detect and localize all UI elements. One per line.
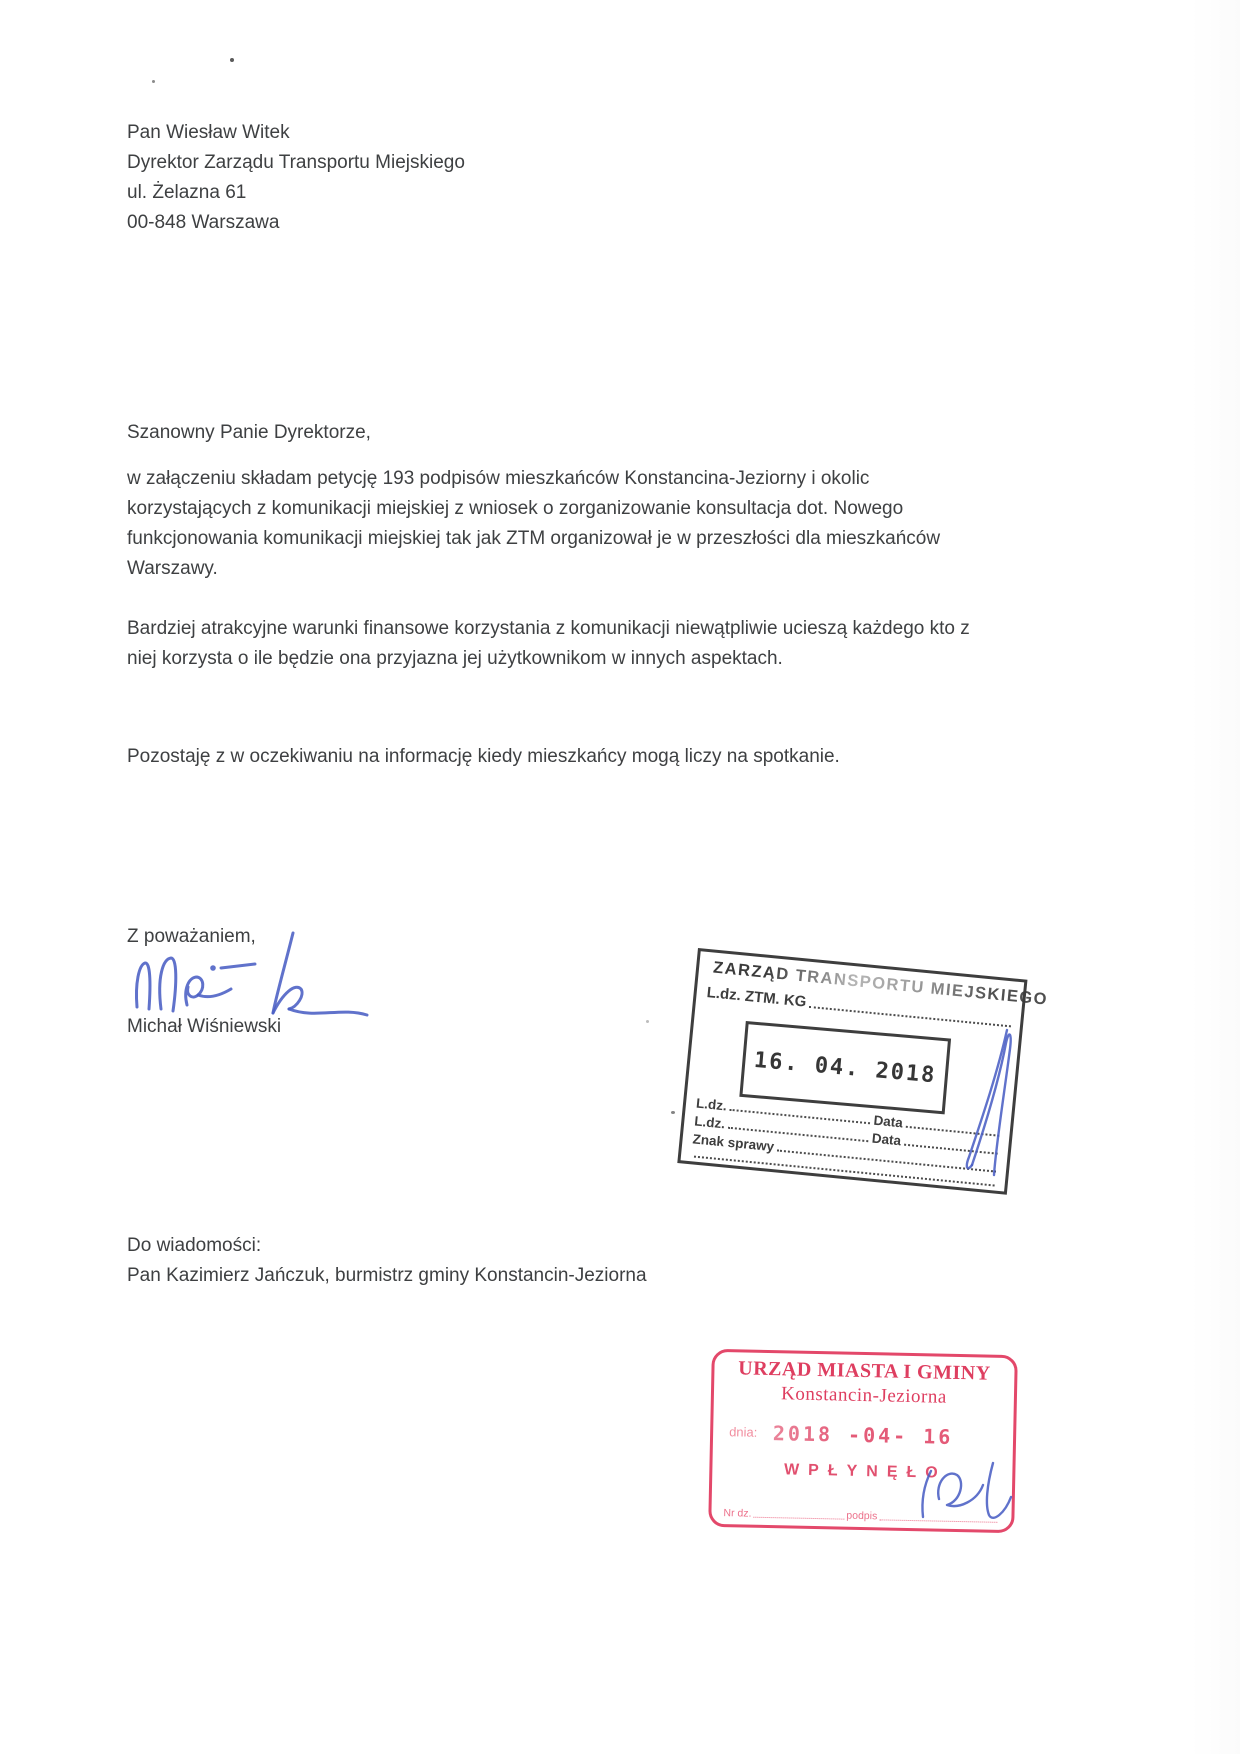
paraph-ink [915,1455,1025,1535]
city-stamp-title: URZĄD MIASTA I GMINY [714,1357,1014,1386]
paragraph-line: niej korzysta o ile będzie ona przyjazna… [127,644,970,674]
city-stamp-date-row: dnia: 2018 -04- 16 [713,1420,1013,1450]
paraph-ink [955,1015,1025,1190]
ztm-data-label: Data [871,1131,902,1149]
paragraph-line: w załączeniu składam petycję 193 podpisó… [127,464,940,494]
paragraph-line: Pozostaję z w oczekiwaniu na informację … [127,742,840,772]
recipient-line: Pan Wiesław Witek [127,118,465,148]
paragraph-line: Bardziej atrakcyjne warunki finansowe ko… [127,614,970,644]
signature-name: Michał Wiśniewski [127,1012,281,1042]
body-paragraph: w załączeniu składam petycję 193 podpisó… [127,464,940,584]
recipient-line: ul. Żelazna 61 [127,178,465,208]
ztm-date: 16. 04. 2018 [753,1047,937,1088]
scan-speck [646,1020,649,1023]
recipient-block: Pan Wiesław Witek Dyrektor Zarządu Trans… [127,118,465,238]
city-stamp-nr-label: Nr dz. [723,1507,751,1520]
paragraph-line: korzystających z komunikacji miejskiej z… [127,494,940,524]
signature-ink [125,925,385,1020]
scanned-letter-page: Pan Wiesław Witek Dyrektor Zarządu Trans… [0,0,1240,1754]
recipient-line: Dyrektor Zarządu Transportu Miejskiego [127,148,465,178]
city-stamp-subtitle: Konstancin-Jeziorna [714,1382,1014,1410]
cc-line: Pan Kazimierz Jańczuk, burmistrz gminy K… [127,1261,647,1291]
ztm-data-label: Data [873,1113,904,1131]
recipient-line: 00-848 Warszawa [127,208,465,238]
scan-speck [671,1111,675,1114]
body-paragraph: Bardziej atrakcyjne warunki finansowe ko… [127,614,970,674]
body-paragraph: Pozostaję z w oczekiwaniu na informację … [127,742,840,772]
paragraph-line: funkcjonowania komunikacji miejskiej tak… [127,524,940,554]
city-stamp-signature-label: podpis [846,1510,877,1523]
cc-block: Do wiadomości: Pan Kazimierz Jańczuk, bu… [127,1231,647,1291]
cc-heading: Do wiadomości: [127,1231,647,1261]
ztm-row-label: L.dz. [695,1096,727,1114]
city-stamp-date: 2018 -04- 16 [713,1420,1013,1450]
scan-speck [152,80,155,83]
city-stamp-dots [753,1517,844,1520]
ztm-row-label: L.dz. [694,1113,726,1131]
ztm-ref-label: L.dz. ZTM. KG [706,984,807,1011]
salutation: Szanowny Panie Dyrektorze, [127,418,371,448]
scan-speck [230,58,234,62]
paragraph-line: Warszawy. [127,554,940,584]
